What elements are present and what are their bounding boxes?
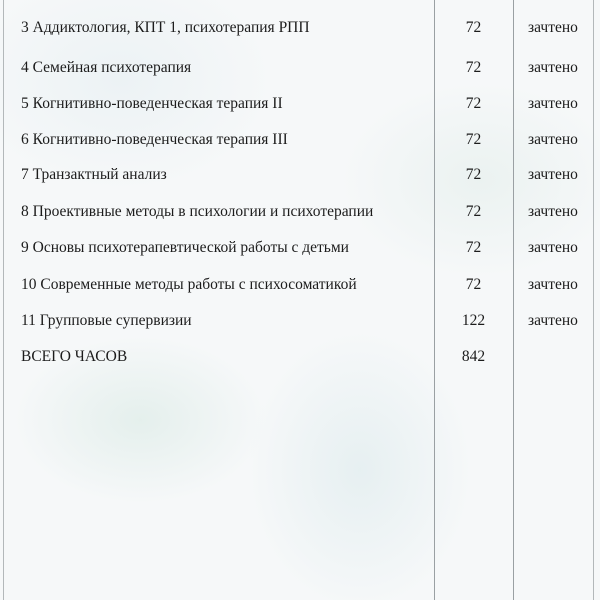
course-hours: 72 [434, 267, 513, 303]
total-label: ВСЕГО ЧАСОВ [21, 339, 127, 375]
course-name: 10 Современные методы работы с психосома… [21, 267, 357, 303]
course-result: зачтено [513, 157, 593, 193]
course-result: зачтено [513, 10, 593, 46]
course-result: зачтено [513, 122, 593, 158]
total-hours: 842 [434, 339, 513, 375]
course-result: зачтено [513, 194, 593, 230]
course-hours: 122 [434, 303, 513, 339]
course-hours: 72 [434, 10, 513, 46]
course-result: зачтено [513, 50, 593, 86]
course-result: зачтено [513, 267, 593, 303]
table-row: 4 Семейная психотерапия 72 зачтено [0, 50, 600, 86]
course-name: 3 Аддиктология, КПТ 1, психотерапия РПП [21, 10, 310, 46]
table-row: 6 Когнитивно-поведенческая терапия III 7… [0, 122, 600, 158]
course-name: 11 Групповые супервизии [21, 303, 192, 339]
table-row: 8 Проективные методы в психологии и псих… [0, 194, 600, 230]
course-result: зачтено [513, 86, 593, 122]
course-name: 5 Когнитивно-поведенческая терапия II [21, 86, 283, 122]
course-hours: 72 [434, 86, 513, 122]
course-name: 8 Проективные методы в психологии и псих… [21, 194, 373, 230]
table-total-row: ВСЕГО ЧАСОВ 842 [0, 339, 600, 375]
course-name: 6 Когнитивно-поведенческая терапия III [21, 122, 288, 158]
course-result: зачтено [513, 303, 593, 339]
course-name: 4 Семейная психотерапия [21, 50, 191, 86]
table-row: 3 Аддиктология, КПТ 1, психотерапия РПП … [0, 10, 600, 46]
course-hours: 72 [434, 230, 513, 266]
course-hours: 72 [434, 50, 513, 86]
table-row: 10 Современные методы работы с психосома… [0, 267, 600, 303]
course-hours: 72 [434, 122, 513, 158]
course-result: зачтено [513, 230, 593, 266]
course-hours: 72 [434, 157, 513, 193]
table-row: 7 Транзактный анализ 72 зачтено [0, 157, 600, 193]
table-row: 11 Групповые супервизии 122 зачтено [0, 303, 600, 339]
table-row: 5 Когнитивно-поведенческая терапия II 72… [0, 86, 600, 122]
course-hours: 72 [434, 194, 513, 230]
table-row: 9 Основы психотерапевтической работы с д… [0, 230, 600, 266]
course-name: 7 Транзактный анализ [21, 157, 167, 193]
course-name: 9 Основы психотерапевтической работы с д… [21, 230, 349, 266]
document-page: 3 Аддиктология, КПТ 1, психотерапия РПП … [0, 0, 600, 600]
